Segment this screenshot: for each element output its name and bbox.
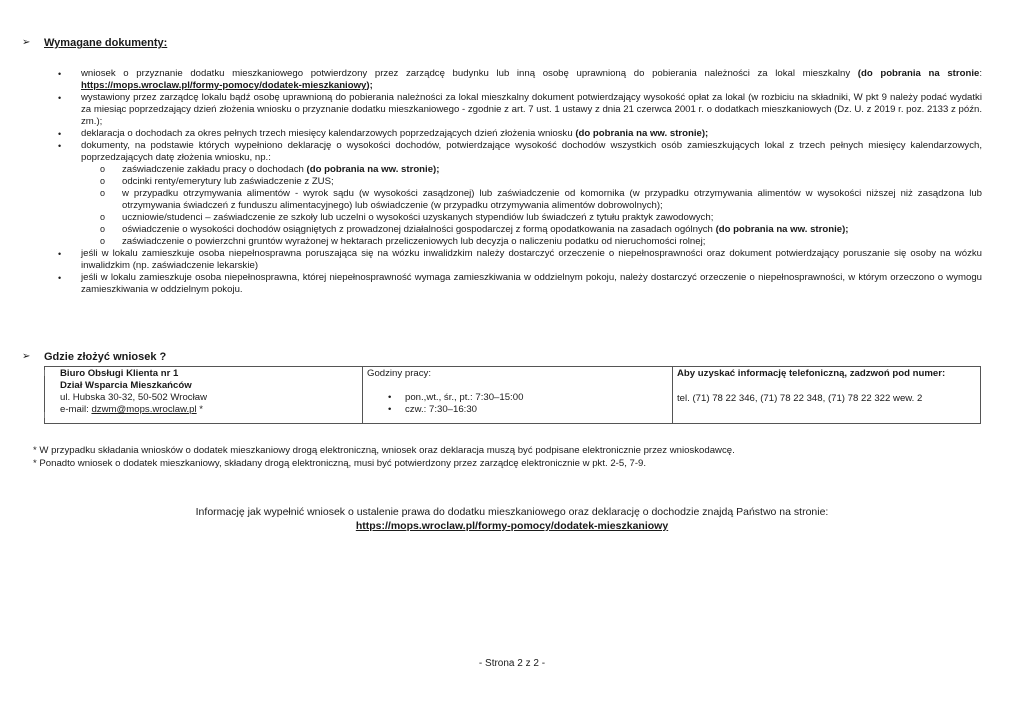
footnote: * Ponadto wniosek o dodatek mieszkaniowy… bbox=[33, 458, 646, 470]
sub-list-item: o oświadczenie o wysokości dochodów osią… bbox=[52, 224, 982, 236]
bullet-icon: • bbox=[58, 248, 61, 260]
required-documents-list: • wniosek o przyznanie dodatku mieszkani… bbox=[52, 68, 982, 296]
sub-list-item: o zaświadczenie zakładu pracy o dochodac… bbox=[52, 164, 982, 176]
hours-label: Godziny pracy: bbox=[367, 368, 668, 380]
circle-bullet-icon: o bbox=[100, 163, 105, 175]
office-department: Dział Wsparcia Mieszkańców bbox=[60, 380, 358, 392]
circle-bullet-icon: o bbox=[100, 223, 105, 235]
list-item: • dokumenty, na podstawie których wypełn… bbox=[52, 140, 982, 164]
sub-list-item: o w przypadku otrzymywania alimentów - w… bbox=[52, 188, 982, 212]
table-marker bbox=[44, 412, 45, 418]
bullet-icon: • bbox=[58, 140, 61, 152]
circle-bullet-icon: o bbox=[100, 187, 105, 199]
phone-label: Aby uzyskać informację telefoniczną, zad… bbox=[677, 368, 976, 380]
info-link[interactable]: https://mops.wroclaw.pl/formy-pomocy/dod… bbox=[356, 520, 668, 532]
hours-item: •czw.: 7:30–16:30 bbox=[367, 404, 668, 416]
circle-bullet-icon: o bbox=[100, 175, 105, 187]
contact-table: Biuro Obsługi Klienta nr 1 Dział Wsparci… bbox=[44, 366, 981, 424]
office-cell: Biuro Obsługi Klienta nr 1 Dział Wsparci… bbox=[45, 367, 363, 423]
office-name: Biuro Obsługi Klienta nr 1 bbox=[60, 368, 358, 380]
sub-list-item: o uczniowie/studenci – zaświadczenie ze … bbox=[52, 212, 982, 224]
bullet-icon: • bbox=[58, 68, 61, 80]
office-address: ul. Hubska 30-32, 50-502 Wrocław bbox=[60, 392, 358, 404]
bullet-icon: • bbox=[388, 404, 391, 416]
bullet-icon: • bbox=[58, 128, 61, 140]
info-text: Informację jak wypełnić wniosek o ustale… bbox=[0, 505, 1024, 519]
section-title: Wymagane dokumenty: bbox=[44, 37, 167, 49]
section-where-to-submit-heading: ➢ Gdzie złożyć wniosek ? bbox=[22, 351, 166, 363]
hours-item: •pon.,wt., śr., pt.: 7:30–15:00 bbox=[367, 392, 668, 404]
arrow-bullet-icon: ➢ bbox=[22, 351, 44, 363]
list-item: • jeśli w lokalu zamieszkuje osoba niepe… bbox=[52, 248, 982, 272]
footnote: * W przypadku składania wniosków o dodat… bbox=[33, 445, 735, 457]
hours-cell: Godziny pracy: •pon.,wt., śr., pt.: 7:30… bbox=[363, 367, 673, 423]
arrow-bullet-icon: ➢ bbox=[22, 37, 44, 49]
bullet-icon: • bbox=[388, 392, 391, 404]
section-required-documents-heading: ➢ Wymagane dokumenty: bbox=[22, 37, 167, 49]
table-marker bbox=[44, 370, 45, 376]
list-item: • wystawiony przez zarządcę lokalu bądź … bbox=[52, 92, 982, 128]
office-email-line: e-mail: dzwm@mops.wroclaw.pl * bbox=[60, 404, 358, 416]
sub-list-item: o odcinki renty/emerytury lub zaświadcze… bbox=[52, 176, 982, 188]
circle-bullet-icon: o bbox=[100, 235, 105, 247]
section-title: Gdzie złożyć wniosek ? bbox=[44, 351, 166, 363]
bullet-icon: • bbox=[58, 272, 61, 284]
sub-list-item: o zaświadczenie o powierzchni gruntów wy… bbox=[52, 236, 982, 248]
circle-bullet-icon: o bbox=[100, 211, 105, 223]
list-item: • jeśli w lokalu zamieszkuje osoba niepe… bbox=[52, 272, 982, 296]
phone-numbers: tel. (71) 78 22 346, (71) 78 22 348, (71… bbox=[677, 393, 976, 405]
email-link[interactable]: dzwm@mops.wroclaw.pl bbox=[91, 404, 196, 415]
bullet-icon: • bbox=[58, 92, 61, 104]
download-link[interactable]: https://mops.wroclaw.pl/formy-pomocy/dod… bbox=[81, 80, 366, 91]
phone-cell: Aby uzyskać informację telefoniczną, zad… bbox=[673, 367, 980, 423]
info-link-row: https://mops.wroclaw.pl/formy-pomocy/dod… bbox=[0, 519, 1024, 533]
list-item: • wniosek o przyznanie dodatku mieszkani… bbox=[52, 68, 982, 92]
page-number: - Strona 2 z 2 - bbox=[0, 657, 1024, 671]
list-item: • deklaracja o dochodach za okres pełnyc… bbox=[52, 128, 982, 140]
